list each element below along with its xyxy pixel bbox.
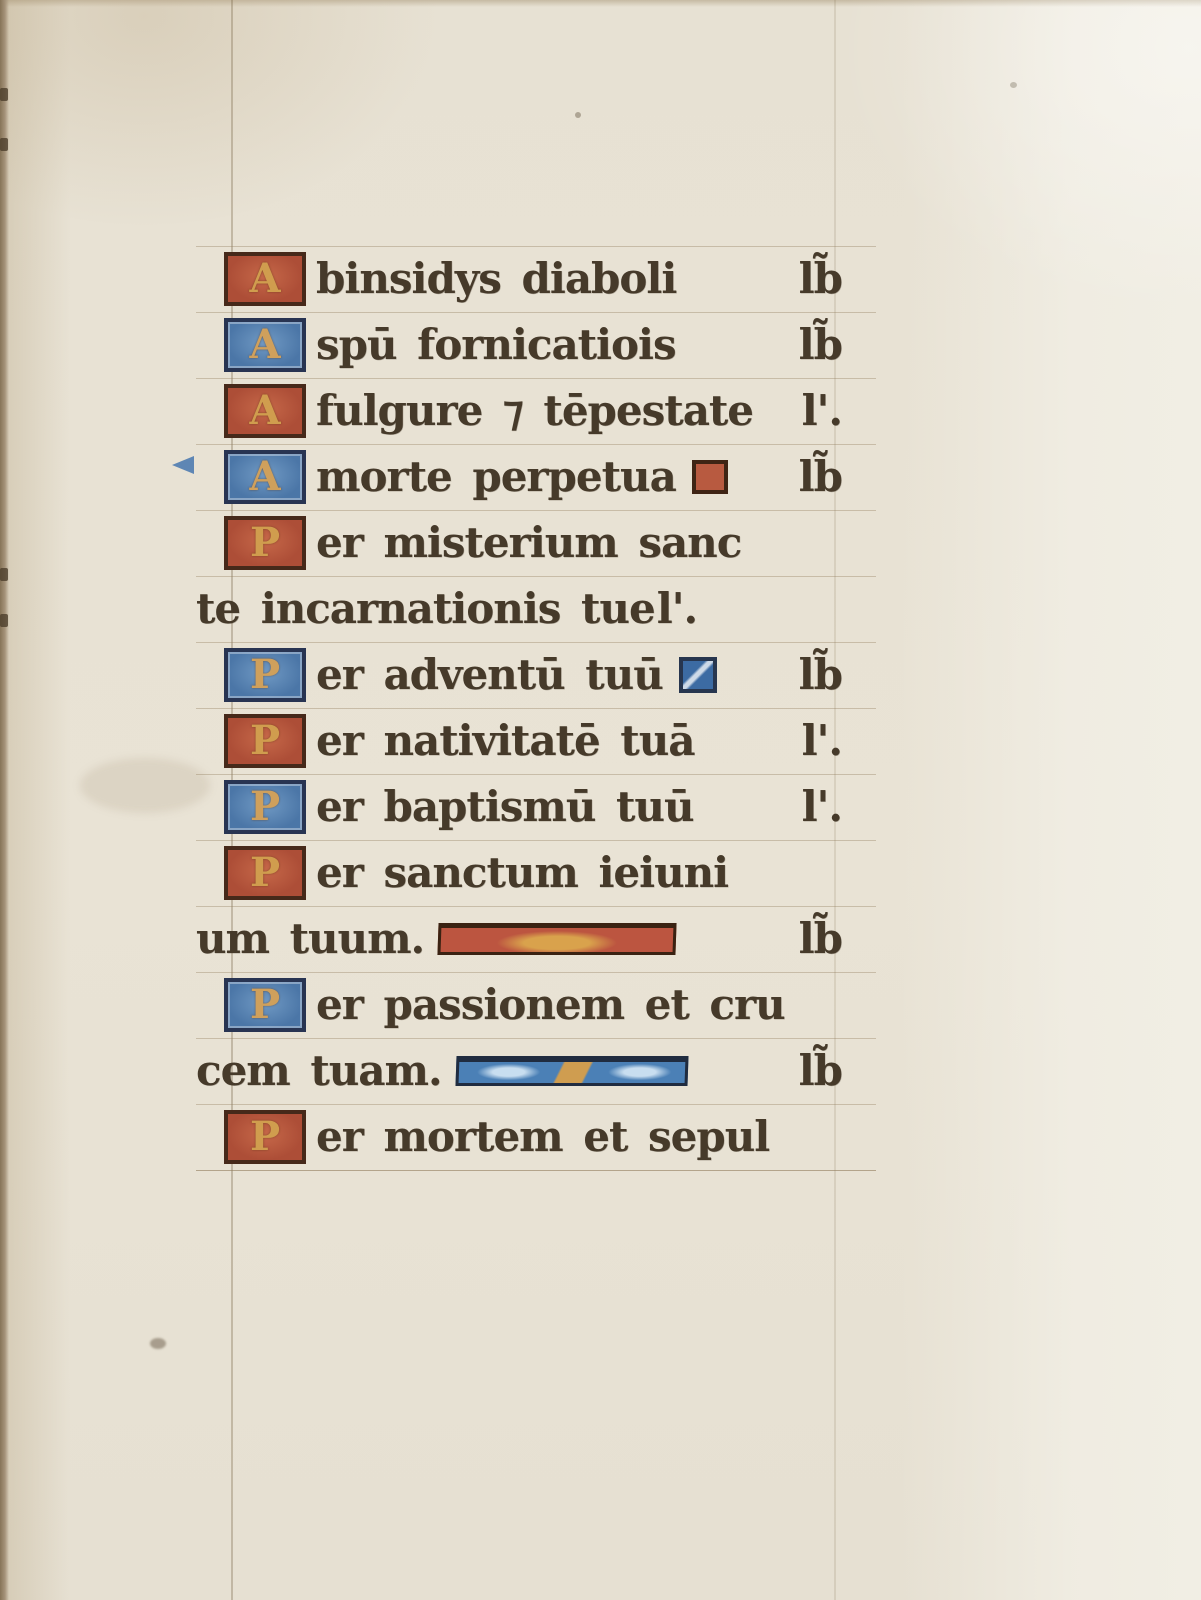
libera-abbreviation: l'. [657,588,697,630]
initial-letter: P [250,853,280,893]
text-line-6: te incarnationis tue l'. [196,576,876,642]
line-text: er nativitatē tuā [316,720,694,762]
libera-abbreviation: lb̃ [799,918,842,960]
initial-letter: A [249,325,280,365]
text-line-1: A binsidys diaboli lb̃ [196,246,876,312]
illuminated-initial-A: A [224,252,306,306]
illuminated-initial-P: P [224,714,306,768]
text-block: A binsidys diaboli lb̃ A spū fornicatioi… [196,246,876,1171]
line-text: er mortem et sepul [316,1116,769,1158]
illuminated-initial-A: A [224,450,306,504]
initial-letter: P [250,523,280,563]
show-through-smudge [80,758,210,813]
text-line-3: A fulgure ⁊ tēpestate l'. [196,378,876,444]
illuminated-initial-P: P [224,1110,306,1164]
text-line-10: P er sanctum ieiuni [196,840,876,906]
line-text: um tuum. [196,918,424,960]
illuminated-initial-A: A [224,318,306,372]
manuscript-leaf-photo: A binsidys diaboli lb̃ A spū fornicatioi… [0,0,1201,1600]
line-text: binsidys diaboli [316,258,676,300]
illuminated-initial-P: P [224,846,306,900]
libera-abbreviation: lb̃ [799,456,842,498]
initial-letter: P [250,985,280,1025]
line-text: fulgure ⁊ tēpestate [316,390,753,432]
libera-abbreviation: lb̃ [799,258,842,300]
libera-abbreviation: l'. [802,786,842,828]
libera-abbreviation: lb̃ [799,1050,842,1092]
line-text: spū fornicatiois [316,324,676,366]
text-line-11: um tuum. lb̃ [196,906,876,972]
initial-pennant-flourish [172,456,194,474]
initial-letter: P [250,655,280,695]
line-text: morte perpetua [316,456,676,498]
text-line-2: A spū fornicatiois lb̃ [196,312,876,378]
line-text: er misterium sanc [316,522,741,564]
stitch-mark [0,568,8,581]
speck [150,1338,166,1349]
illuminated-initial-A: A [224,384,306,438]
line-text: er baptismū tuū [316,786,694,828]
text-line-5: P er misterium sanc [196,510,876,576]
line-text: te incarnationis tue [196,588,655,630]
text-line-12: P er passionem et cru [196,972,876,1038]
speck [1010,82,1017,88]
illuminated-initial-P: P [224,780,306,834]
libera-abbreviation: lb̃ [799,654,842,696]
stitch-mark [0,138,8,151]
line-filler-blue-bar [455,1056,688,1086]
stitch-mark [0,614,8,627]
initial-letter: P [250,1117,280,1157]
text-line-4: A morte perpetua lb̃ [196,444,876,510]
illuminated-initial-P: P [224,648,306,702]
stitch-mark [0,88,8,101]
libera-abbreviation: lb̃ [799,324,842,366]
illuminated-initial-P: P [224,978,306,1032]
line-text: er adventū tuū [316,654,663,696]
libera-abbreviation: l'. [802,390,842,432]
text-line-9: P er baptismū tuū l'. [196,774,876,840]
initial-letter: A [249,259,280,299]
initial-letter: P [250,721,280,761]
text-line-8: P er nativitatē tuā l'. [196,708,876,774]
illuminated-initial-P: P [224,516,306,570]
text-line-14: P er mortem et sepul [196,1104,876,1170]
leaf-gutter-edge [0,0,9,1600]
text-line-7: P er adventū tuū lb̃ [196,642,876,708]
libera-abbreviation: l'. [802,720,842,762]
line-text: cem tuam. [196,1050,442,1092]
speck [575,112,581,118]
line-filler-red-bar [438,923,677,955]
initial-letter: A [249,457,280,497]
line-filler-red-square [692,460,728,494]
initial-letter: P [250,787,280,827]
line-text: er sanctum ieiuni [316,852,728,894]
line-filler-blue-square [679,657,717,693]
line-text: er passionem et cru [316,984,785,1026]
text-line-13: cem tuam. lb̃ [196,1038,876,1104]
initial-letter: A [249,391,280,431]
